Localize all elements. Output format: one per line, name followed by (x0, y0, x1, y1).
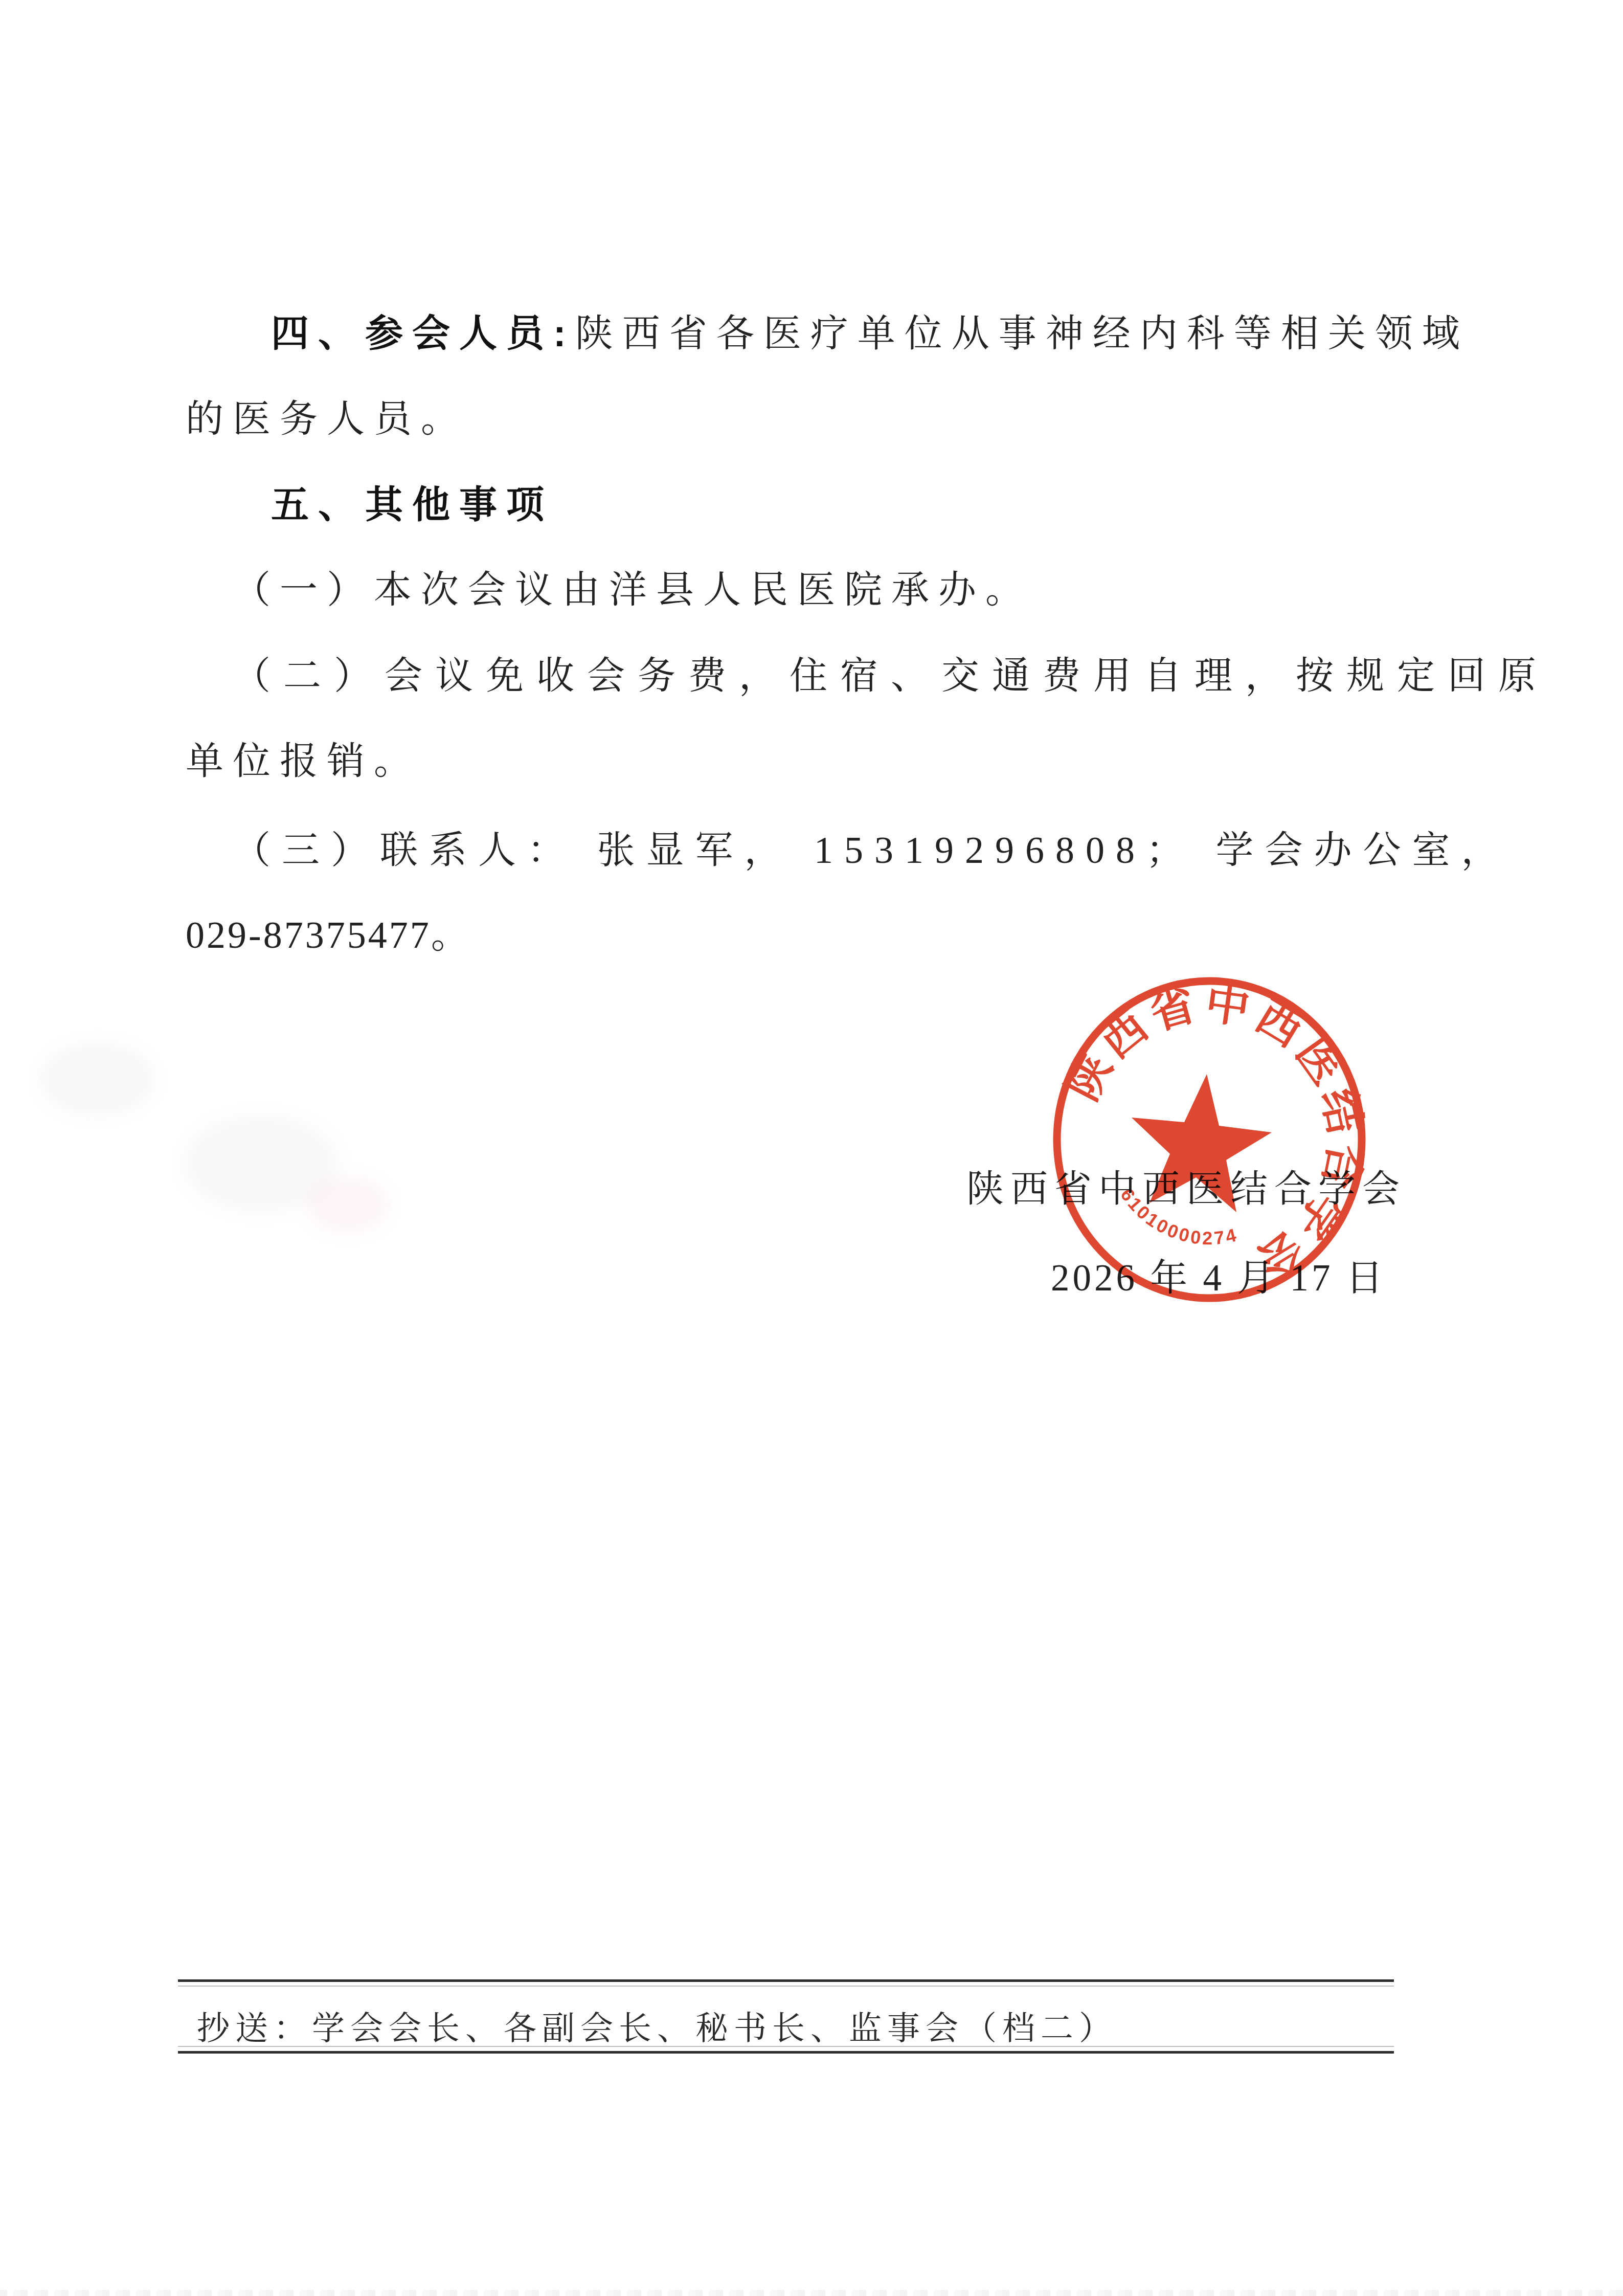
paragraph-4-line-1: 四、参会人员:陕西省各医疗单位从事神经内科等相关领域 (271, 315, 1469, 353)
item-3-line-1: （三）联系人： 张显军， 15319296808； 学会办公室， (233, 832, 1511, 870)
footer-rule-top-echo (178, 1986, 1394, 1987)
document-page: 四、参会人员:陕西省各医疗单位从事神经内科等相关领域 的医务人员。 五、其他事项… (0, 0, 1623, 2296)
footer-copy-line: 抄送：学会会长、各副会长、秘书长、监事会（档二） (197, 2012, 1117, 2045)
scan-smudge (307, 1176, 389, 1233)
item-2-line-2: 单位报销。 (186, 743, 421, 781)
section-4-text: 陕西省各医疗单位从事神经内科等相关领域 (575, 313, 1469, 355)
paragraph-4-line-2: 的医务人员。 (186, 400, 468, 438)
scan-smudge (41, 1043, 153, 1115)
item-1-line: （一）本次会议由洋县人民医院承办。 (233, 571, 1032, 609)
footer-rule-bottom-echo (178, 2046, 1394, 2047)
section-4-label: 四、参会人员: (271, 312, 575, 354)
seal-star-icon (1132, 1074, 1272, 1212)
footer-rule-top (178, 1979, 1394, 1982)
footer-rule-bottom (178, 2051, 1394, 2054)
official-seal: 陕西省中西医结合学会 61010000274 (1043, 971, 1381, 1308)
scan-smudge (184, 1115, 337, 1212)
scan-edge-noise (0, 2290, 1623, 2296)
section-5-heading: 五、其他事项 (271, 486, 553, 524)
item-2-line-1: （二）会议免收会务费，住宿、交通费用自理，按规定回原 (233, 657, 1549, 695)
item-3-line-2: 029-87375477。 (186, 917, 471, 954)
